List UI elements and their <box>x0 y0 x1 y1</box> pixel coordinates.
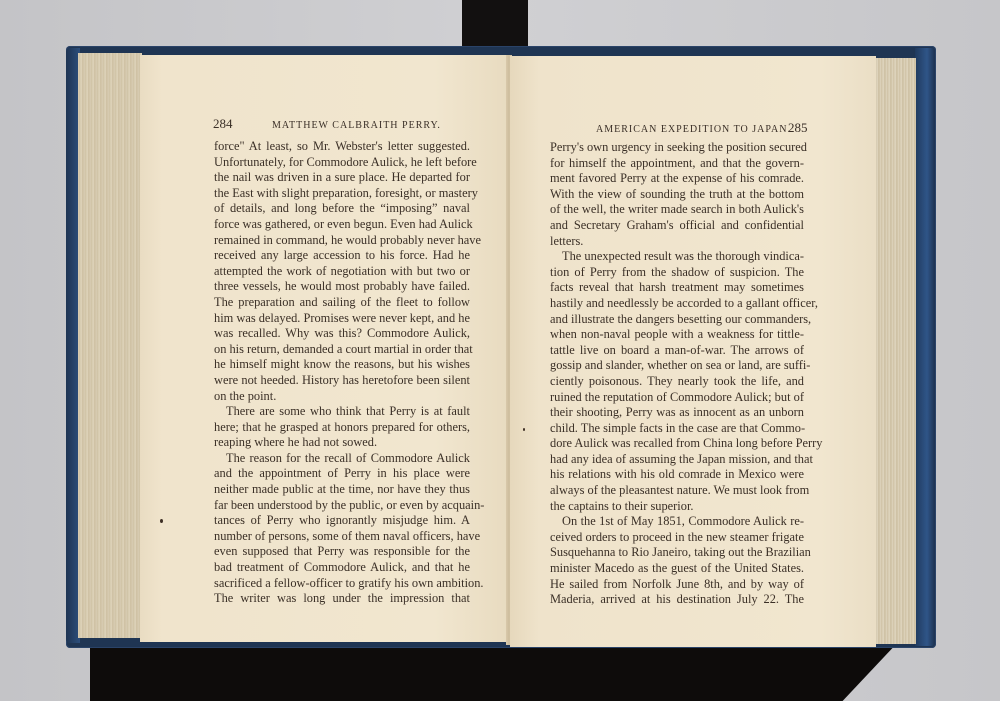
text-line: for himself the appointment, and that th… <box>550 156 804 172</box>
text-line: facts reveal that harsh treatment may so… <box>550 280 804 296</box>
text-line: Unfortunately, for Commodore Aulick, he … <box>214 155 470 171</box>
text-line: on the point. <box>214 389 470 405</box>
ink-speck <box>160 519 163 523</box>
text-line: always of the pleasantest nature. We mus… <box>550 483 804 499</box>
text-line: The reason for the recall of Commodore A… <box>214 451 470 467</box>
text-line: here; that he grasped at honors prepared… <box>214 420 470 436</box>
text-line: his relations with his old comrade in Me… <box>550 467 804 483</box>
text-line: their shooting, Perry was as innocent as… <box>550 405 804 421</box>
text-line: far been understood by the public, or ev… <box>214 498 470 514</box>
text-line: he himself might know the reasons, but h… <box>214 357 470 373</box>
text-line: gossip and slander, whether on sea or la… <box>550 358 804 374</box>
text-line: three vessels, he would most probably ha… <box>214 279 470 295</box>
page-number: 284 <box>213 116 233 132</box>
page-number: 285 <box>788 120 808 136</box>
text-line: the East with slight preparation, foresi… <box>214 186 470 202</box>
left-page: 284 MATTHEW CALBRAITH PERRY. force" At l… <box>140 55 508 642</box>
text-line: on his return, demanded a court martial … <box>214 342 470 358</box>
text-line: force was gathered, or even begun. Even … <box>214 217 470 233</box>
cover-edge-right <box>915 48 935 646</box>
text-line: He sailed from Norfolk June 8th, and by … <box>550 577 804 593</box>
right-page: AMERICAN EXPEDITION TO JAPAN. 285 Perry'… <box>510 56 876 647</box>
text-line: Susquehanna to Rio Janeiro, taking out t… <box>550 545 804 561</box>
text-line: the captains to their superior. <box>550 499 804 515</box>
text-line: when non-naval people with a weakness fo… <box>550 327 804 343</box>
text-line: The unexpected result was the thorough v… <box>550 249 804 265</box>
book-shadow-inner <box>90 645 720 701</box>
ink-speck <box>523 428 525 431</box>
text-line: hastily and needlessly be accorded to a … <box>550 296 804 312</box>
text-line: Maderia, arrived at his destination July… <box>550 592 804 608</box>
text-line: letters. <box>550 234 804 250</box>
text-line: even supposed that Perry was responsible… <box>214 544 470 560</box>
text-line: The preparation and sailing of the fleet… <box>214 295 470 311</box>
running-head: MATTHEW CALBRAITH PERRY. <box>272 120 441 131</box>
text-line: and illustrate the dangers besetting our… <box>550 312 804 328</box>
text-line: number of persons, some of them naval of… <box>214 529 470 545</box>
body-text: Perry's own urgency in seeking the posit… <box>550 140 804 608</box>
text-line: The writer was long under the impression… <box>214 591 470 607</box>
text-line: ciently poisonous. They nearly took the … <box>550 374 804 390</box>
text-line: neither made public at the time, nor hav… <box>214 482 470 498</box>
text-line: child. The simple facts in the case are … <box>550 421 804 437</box>
text-line: ceived orders to proceed in the new stea… <box>550 530 804 546</box>
text-line: tances of Perry who ignorantly misjudge … <box>214 513 470 529</box>
text-line: minister Macedo as the guest of the Unit… <box>550 561 804 577</box>
text-line: remained in command, he would probably n… <box>214 233 470 249</box>
page-stack-left <box>78 53 142 638</box>
text-line: of the well, the writer made search in b… <box>550 202 804 218</box>
text-line: had any idea of assuming the Japan missi… <box>550 452 804 468</box>
text-line: force" At least, so Mr. Webster's letter… <box>214 139 470 155</box>
text-line: tion of Perry from the shadow of suspici… <box>550 265 804 281</box>
text-line: Perry's own urgency in seeking the posit… <box>550 140 804 156</box>
body-text: force" At least, so Mr. Webster's letter… <box>214 139 470 607</box>
text-line: There are some who think that Perry is a… <box>214 404 470 420</box>
text-line: and Secretary Graham's official and conf… <box>550 218 804 234</box>
text-line: With the view of sounding the truth at t… <box>550 187 804 203</box>
text-line: and the appointment of Perry in his plac… <box>214 466 470 482</box>
text-line: ment favored Perry at the expense of his… <box>550 171 804 187</box>
text-line: sacrificed a fellow-officer to gratify h… <box>214 576 470 592</box>
bookmark-strap <box>462 0 528 52</box>
text-line: bad treatment of Commodore Aulick, and t… <box>214 560 470 576</box>
text-line: reaping where he had not sowed. <box>214 435 470 451</box>
text-line: On the 1st of May 1851, Commodore Aulick… <box>550 514 804 530</box>
text-line: the nail was driven in a sure place. He … <box>214 170 470 186</box>
text-line: attempted the work of negotiation with b… <box>214 264 470 280</box>
page-stack-right <box>874 58 916 644</box>
text-line: him was delayed. Promises were never kep… <box>214 311 470 327</box>
running-head: AMERICAN EXPEDITION TO JAPAN. <box>596 124 791 135</box>
text-line: ruined the reputation of Commodore Aulic… <box>550 390 804 406</box>
text-line: received any large accession to his forc… <box>214 248 470 264</box>
text-line: was recalled. Why was this? Commodore Au… <box>214 326 470 342</box>
text-line: of details, and long before the “imposin… <box>214 201 470 217</box>
text-line: dore Aulick was recalled from China long… <box>550 436 804 452</box>
text-line: were not heeded. History has heretofore … <box>214 373 470 389</box>
text-line: tattle live on board a man-of-war. The a… <box>550 343 804 359</box>
